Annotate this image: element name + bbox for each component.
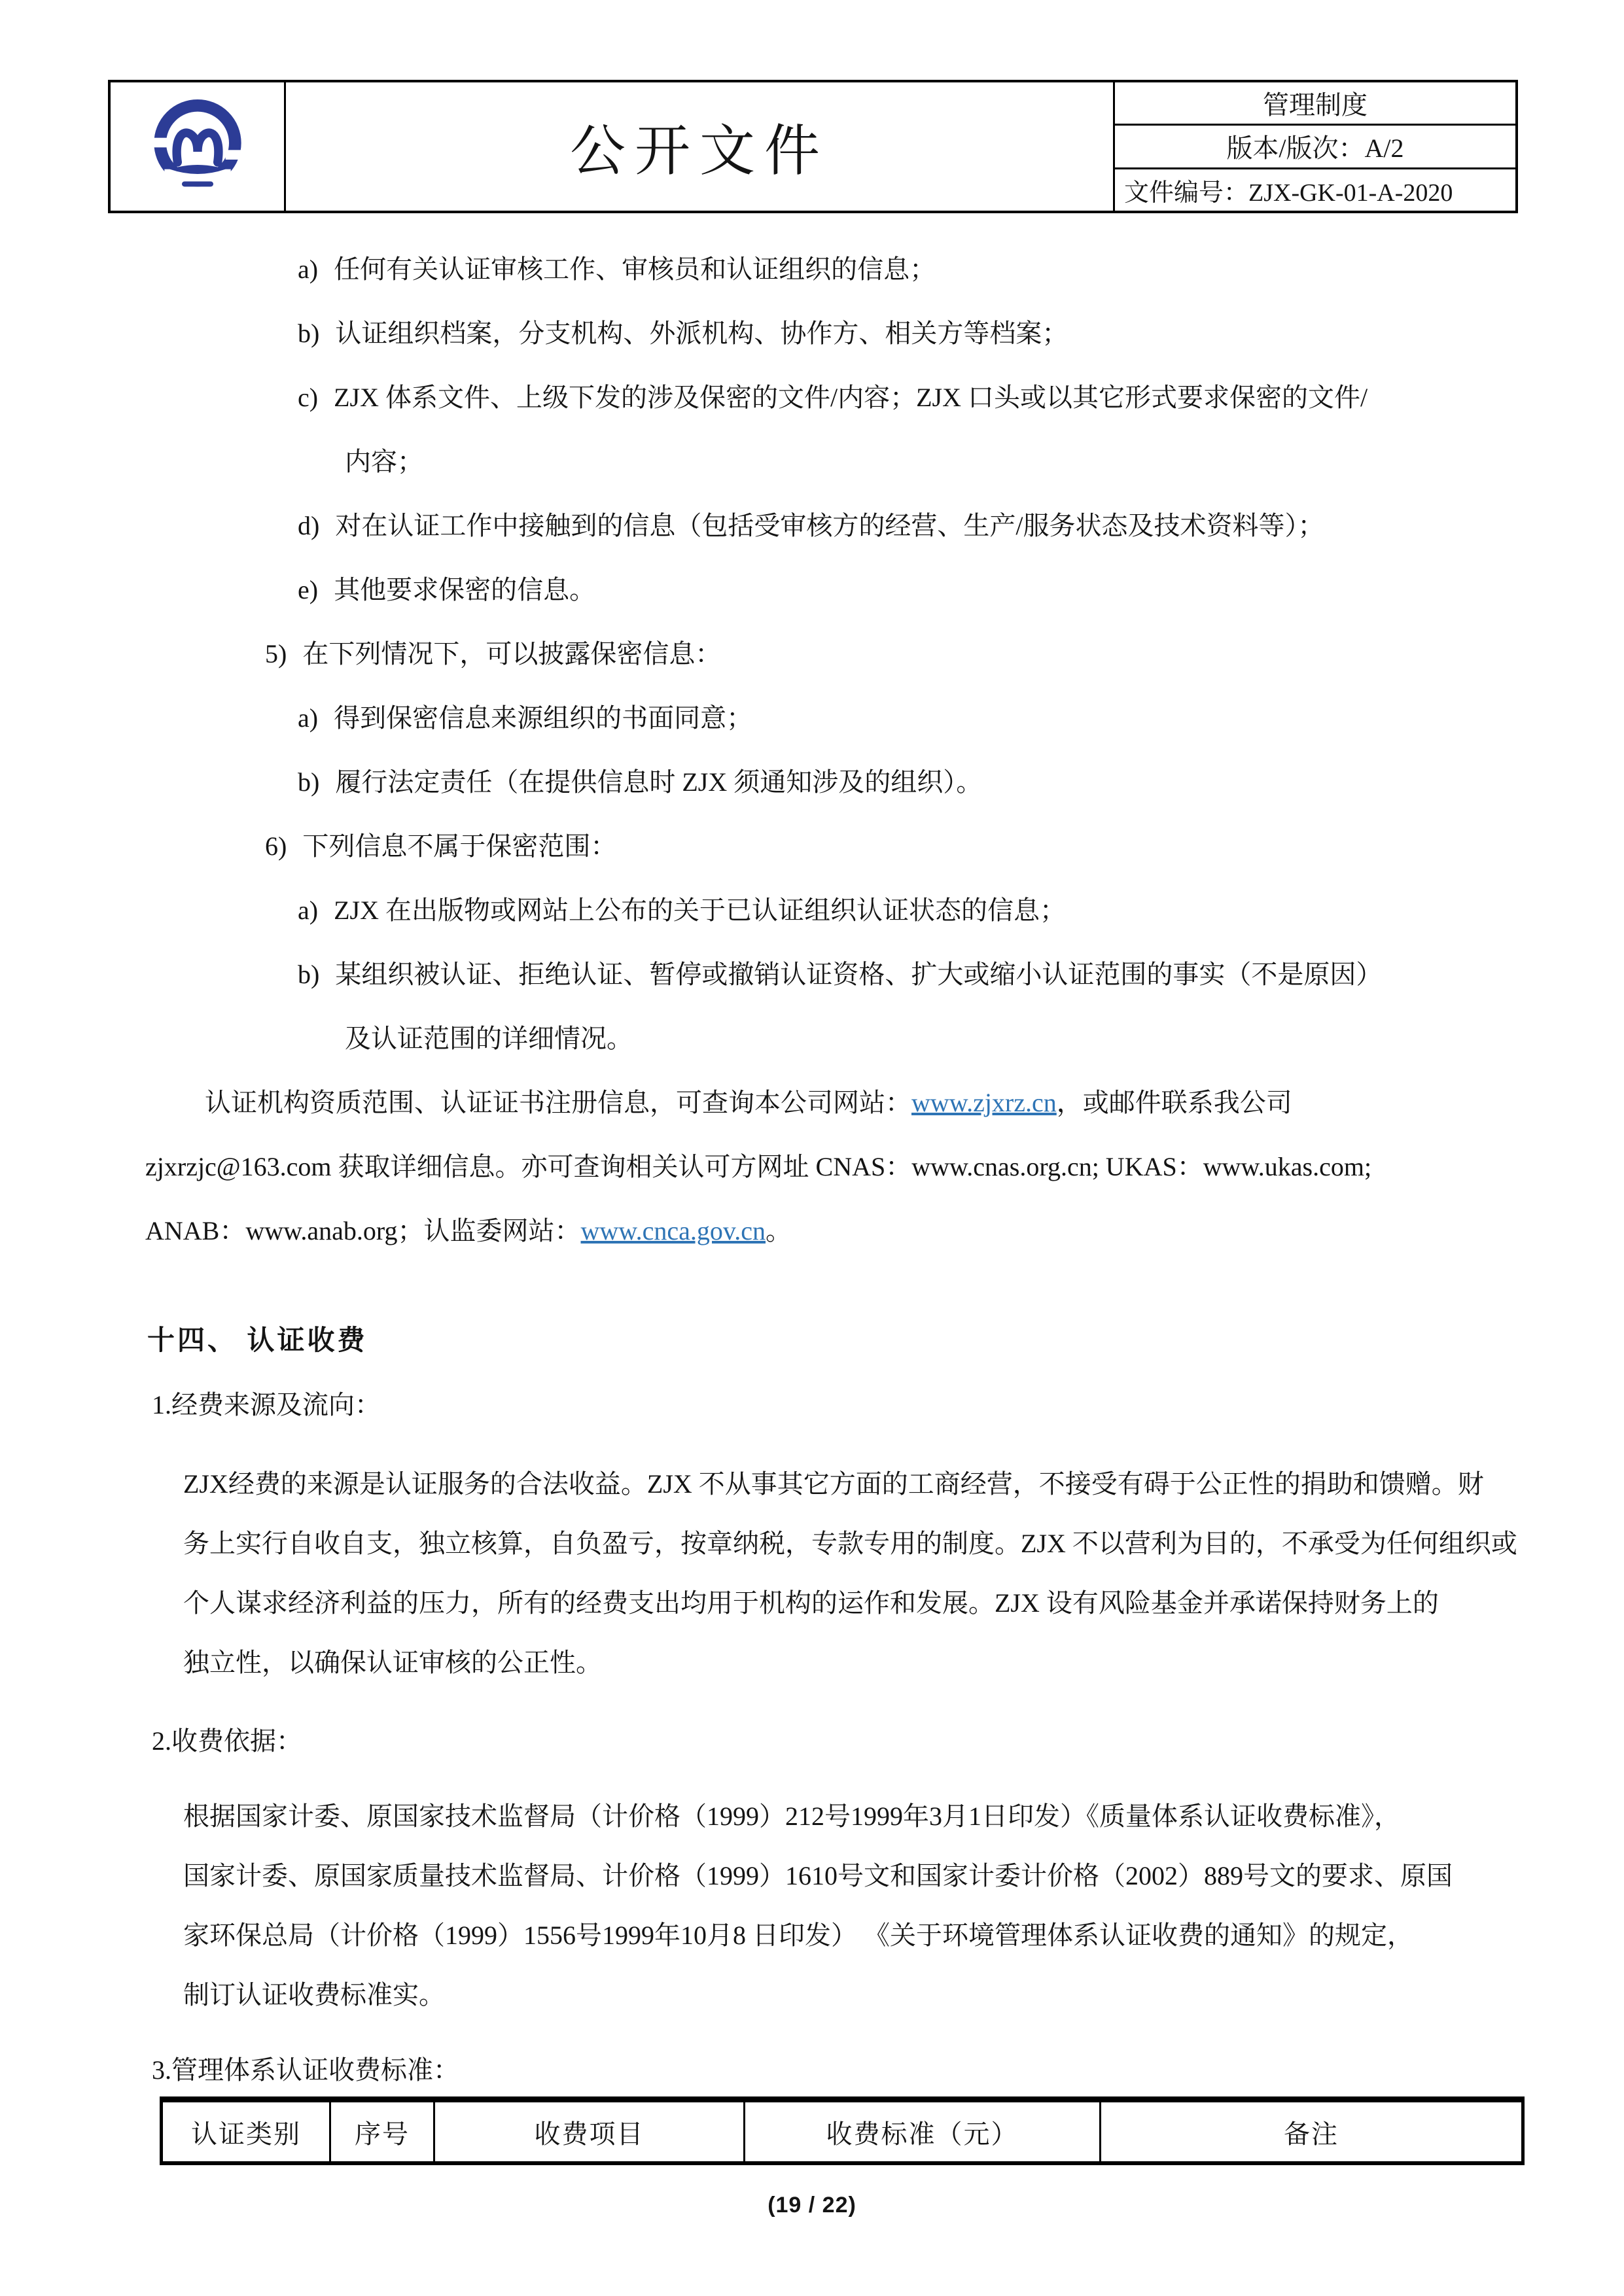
paragraph-line: 根据国家计委、原国家技术监督局（计价格（1999）212号1999年3月1日印发… bbox=[0, 1786, 1624, 1846]
list-item-6b: b)某组织被认证、拒绝认证、暂停或撤销认证资格、扩大或缩小认证范围的事实（不是原… bbox=[0, 943, 1624, 1007]
fee-table: 认证类别 序号 收费项目 收费标准（元） 备注 bbox=[160, 2096, 1525, 2165]
list-item-d: d)对在认证工作中接触到的信息（包括受审核方的经营、生产/服务状态及技术资料等）… bbox=[0, 494, 1624, 558]
list-item-c-cont: 内容； bbox=[0, 430, 1624, 494]
doc-number: 文件编号：ZJX-GK-01-A-2020 bbox=[1115, 167, 1515, 211]
subsection-3: 3.管理体系认证收费标准： bbox=[0, 2044, 1624, 2096]
list-item-e: e)其他要求保密的信息。 bbox=[0, 558, 1624, 622]
paragraph-line: 独立性，以确保认证审核的公正性。 bbox=[0, 1633, 1624, 1692]
title-cell: 公开文件 bbox=[286, 82, 1115, 211]
paragraph-line: ZJX经费的来源是认证服务的合法收益。ZJX 不从事其它方面的工商经营，不接受有… bbox=[0, 1454, 1624, 1514]
logo-m-shape bbox=[177, 133, 219, 162]
list-item-6: 6)下列信息不属于保密范围： bbox=[0, 814, 1624, 878]
logo-wave-small bbox=[182, 181, 213, 186]
list-item-a: a)任何有关认证审核工作、审核员和认证组织的信息； bbox=[0, 237, 1624, 302]
document-title: 公开文件 bbox=[570, 107, 829, 186]
logo-cell bbox=[111, 82, 286, 211]
list-item-6a: a)ZJX 在出版物或网站上公布的关于已认证组织认证状态的信息； bbox=[0, 878, 1624, 943]
header-meta-column: 管理制度 版本/版次：A/2 文件编号：ZJX-GK-01-A-2020 bbox=[1115, 82, 1515, 211]
fee-table-header-standard: 收费标准（元） bbox=[745, 2100, 1101, 2164]
fee-table-header-category: 认证类别 bbox=[162, 2100, 330, 2164]
document-header: 公开文件 管理制度 版本/版次：A/2 文件编号：ZJX-GK-01-A-202… bbox=[108, 80, 1518, 213]
fee-table-header-remark: 备注 bbox=[1101, 2100, 1523, 2164]
paragraph-1: ZJX经费的来源是认证服务的合法收益。ZJX 不从事其它方面的工商经营，不接受有… bbox=[0, 1454, 1624, 1692]
list-item-5b: b)履行法定责任（在提供信息时 ZJX 须通知涉及的组织）。 bbox=[0, 750, 1624, 814]
section-heading: 十四、 认证收费 bbox=[0, 1309, 1624, 1373]
paragraph-line: 制订认证收费标准实。 bbox=[0, 1965, 1624, 2025]
document-body: a)任何有关认证审核工作、审核员和认证组织的信息； b)认证组织档案，分支机构、… bbox=[0, 237, 1624, 2096]
cnca-link[interactable]: www.cnca.gov.cn bbox=[581, 1216, 766, 1245]
fee-table-header-row: 认证类别 序号 收费项目 收费标准（元） 备注 bbox=[162, 2100, 1523, 2164]
doc-type: 管理制度 bbox=[1115, 82, 1515, 124]
logo-ring-gap-left bbox=[145, 138, 169, 148]
fee-table-header-index: 序号 bbox=[330, 2100, 434, 2164]
contact-paragraph-line-3: ANAB：www.anab.org；认监委网站：www.cnca.gov.cn。 bbox=[0, 1199, 1624, 1263]
paragraph-line: 务上实行自收自支，独立核算，自负盈亏，按章纳税，专款专用的制度。ZJX 不以营利… bbox=[0, 1514, 1624, 1573]
company-logo-icon bbox=[145, 94, 250, 199]
list-item-5a: a)得到保密信息来源组织的书面同意； bbox=[0, 686, 1624, 750]
list-item-5: 5)在下列情况下，可以披露保密信息： bbox=[0, 622, 1624, 686]
contact-paragraph-line-2: zjxrzjc@163.com 获取详细信息。亦可查询相关认可方网址 CNAS：… bbox=[0, 1135, 1624, 1199]
subsection-2: 2.收费依据： bbox=[0, 1709, 1624, 1773]
list-item-b: b)认证组织档案，分支机构、外派机构、协作方、相关方等档案； bbox=[0, 302, 1624, 366]
subsection-1: 1.经费来源及流向： bbox=[0, 1373, 1624, 1437]
page-number: (19 / 22) bbox=[0, 2193, 1624, 2218]
logo-ring-gap-right bbox=[225, 150, 249, 160]
doc-version: 版本/版次：A/2 bbox=[1115, 124, 1515, 167]
paragraph-line: 个人谋求经济利益的压力，所有的经费支出均用于机构的运作和发展。ZJX 设有风险基… bbox=[0, 1573, 1624, 1633]
fee-table-header-item: 收费项目 bbox=[434, 2100, 745, 2164]
contact-paragraph-line-1: 认证机构资质范围、认证证书注册信息，可查询本公司网站：www.zjxrz.cn，… bbox=[0, 1071, 1624, 1135]
list-item-6b-cont: 及认证范围的详细情况。 bbox=[0, 1007, 1624, 1071]
zjxrz-link[interactable]: www.zjxrz.cn bbox=[911, 1088, 1057, 1117]
paragraph-2: 根据国家计委、原国家技术监督局（计价格（1999）212号1999年3月1日印发… bbox=[0, 1786, 1624, 2025]
paragraph-line: 国家计委、原国家质量技术监督局、计价格（1999）1610号文和国家计委计价格（… bbox=[0, 1846, 1624, 1905]
paragraph-line: 家环保总局（计价格（1999）1556号1999年10月8 日印发） 《关于环境… bbox=[0, 1905, 1624, 1965]
list-item-c: c)ZJX 体系文件、上级下发的涉及保密的文件/内容；ZJX 口头或以其它形式要… bbox=[0, 366, 1624, 430]
